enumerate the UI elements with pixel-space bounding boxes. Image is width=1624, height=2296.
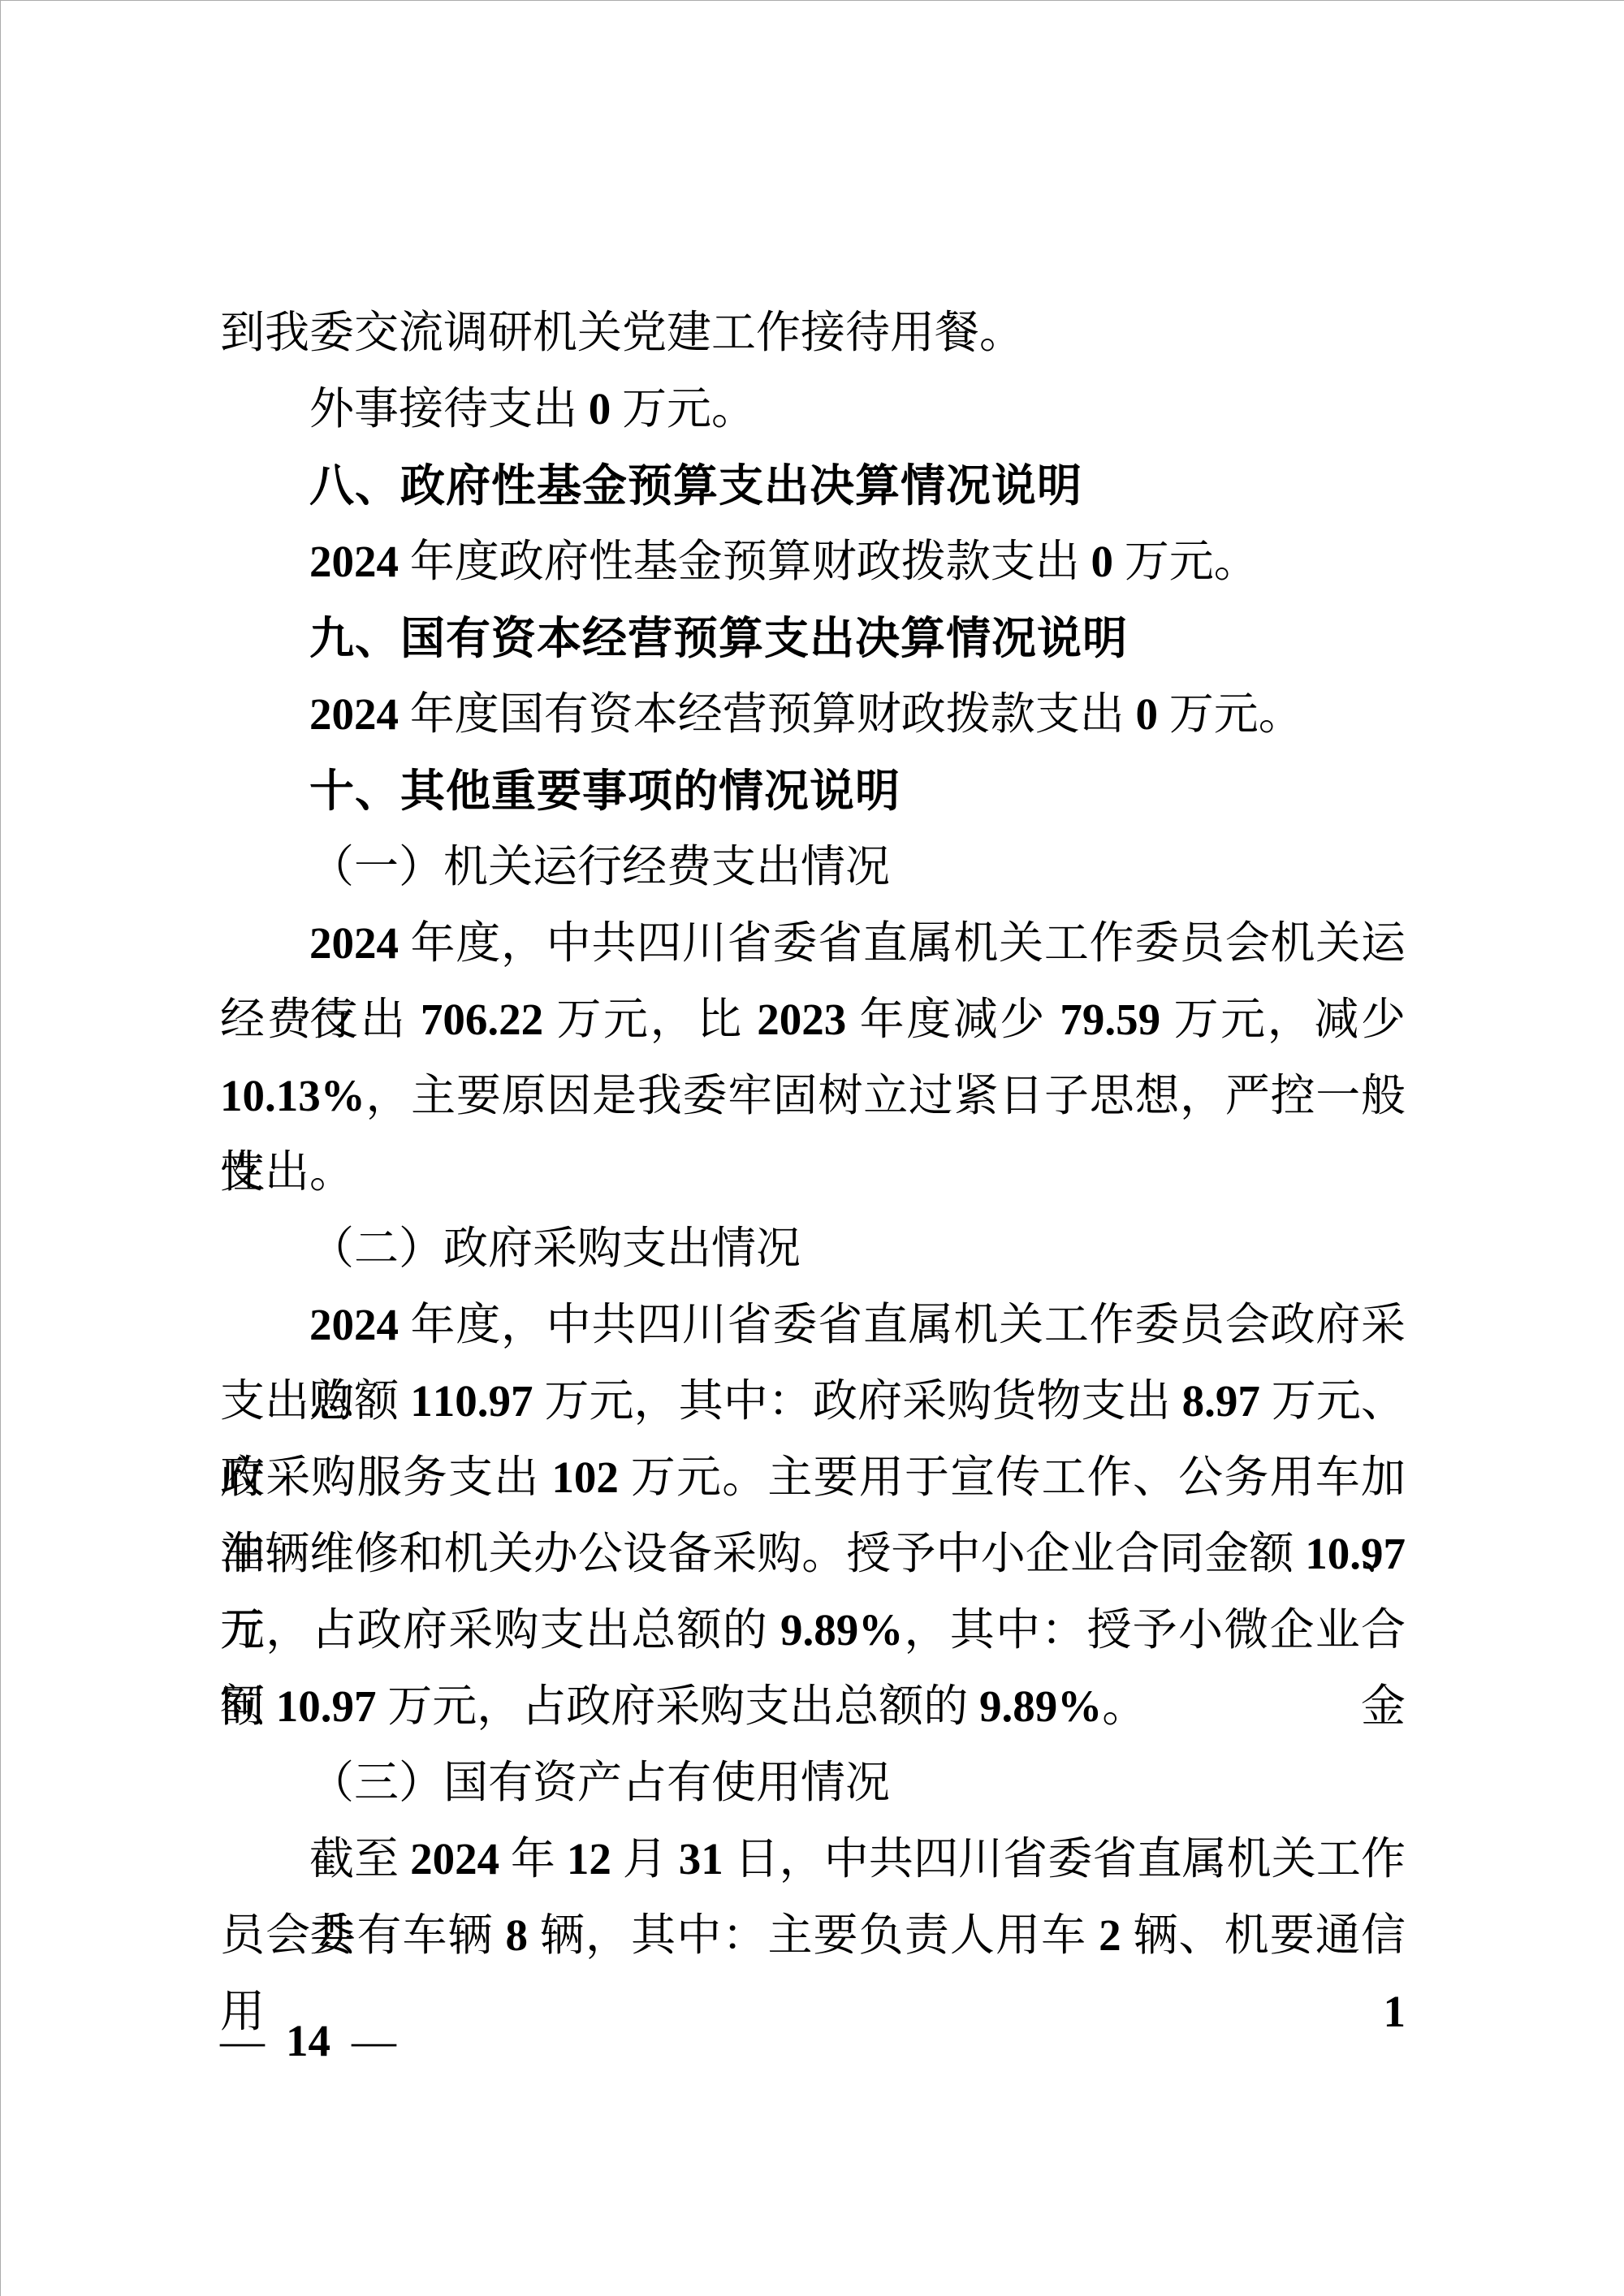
text-run: 月 <box>611 1834 679 1884</box>
line-procurement-2: 支出总额 110.97 万元，其中：政府采购货物支出 8.97 万元、政 <box>220 1363 1406 1439</box>
footer-left-dash: — <box>220 2016 265 2065</box>
line-procurement-5: 元，占政府采购支出总额的 9.89%，其中：授予小微企业合同金 <box>220 1592 1406 1668</box>
number-run: 706.22 <box>421 995 543 1044</box>
number-run: 0 <box>1136 689 1159 739</box>
document-page: 到我委交流调研机关党建工作接待用餐。外事接待支出 0 万元。八、政府性基金预算支… <box>0 0 1624 2296</box>
text-run: 外事接待支出 <box>309 384 589 434</box>
number-run: 2024 <box>309 689 399 739</box>
line-gov-fund: 2024 年度政府性基金预算财政拨款支出 0 万元。 <box>220 524 1406 600</box>
text-run: 额 <box>220 1681 276 1731</box>
number-run: 9.89% <box>979 1681 1102 1731</box>
line-operating-4: 支出。 <box>220 1134 1406 1211</box>
heading-section-9: 九、国有资本经营预算支出决算情况说明 <box>220 600 1406 676</box>
number-run: 8 <box>506 1910 529 1960</box>
number-run: 2024 <box>410 1834 499 1884</box>
line-state-capital: 2024 年度国有资本经营预算财政拨款支出 0 万元。 <box>220 676 1406 753</box>
number-run: 2023 <box>757 995 846 1044</box>
text-run: 万元。 <box>1158 689 1303 739</box>
text-run: 支出总额 <box>220 1376 410 1426</box>
text-run: 辆，其中：主要负责人用车 <box>528 1910 1099 1960</box>
line-assets-1: 截至 2024 年 12 月 31 日，中共四川省委省直属机关工作委 <box>220 1821 1406 1897</box>
text-run: 元，占政府采购支出总额的 <box>220 1605 780 1655</box>
footer-right-dash: — <box>352 2016 396 2065</box>
subheading-10-1: （一）机关运行经费支出情况 <box>220 829 1406 905</box>
number-run: 2024 <box>309 1300 399 1349</box>
subheading-10-2: （二）政府采购支出情况 <box>220 1211 1406 1287</box>
number-run: 2 <box>1099 1910 1121 1960</box>
page-number: 14 <box>286 2016 330 2065</box>
line-operating-1: 2024 年度，中共四川省委省直属机关工作委员会机关运行 <box>220 905 1406 982</box>
number-run: 2024 <box>309 918 399 968</box>
number-run: 12 <box>567 1834 611 1884</box>
text-run: 八、政府性基金预算支出决算情况说明 <box>309 460 1082 511</box>
text-run: 车辆维修和机关办公设备采购。授予中小企业合同金额 <box>220 1529 1305 1578</box>
number-run: 8.97 <box>1182 1376 1260 1426</box>
line-procurement-3: 府采购服务支出 102 万元。主要用于宣传工作、公务用车加油、 <box>220 1439 1406 1516</box>
text-run: 府采购服务支出 <box>220 1452 551 1502</box>
text-run: （三）国有资产占有使用情况 <box>309 1758 890 1807</box>
text-run: 万元，其中：政府采购货物支出 <box>533 1376 1182 1426</box>
text-run: 九、国有资本经营预算支出决算情况说明 <box>309 613 1128 663</box>
number-run: 9.89% <box>780 1605 903 1655</box>
heading-section-8: 八、政府性基金预算支出决算情况说明 <box>220 447 1406 524</box>
line-operating-2: 经费支出 706.22 万元，比 2023 年度减少 79.59 万元，减少 <box>220 982 1406 1058</box>
number-run: 110.97 <box>410 1376 533 1426</box>
text-run: 年 <box>499 1834 567 1884</box>
line-assets-2: 员会共有车辆 8 辆，其中：主要负责人用车 2 辆、机要通信用 1 <box>220 1897 1406 1974</box>
text-run: （二）政府采购支出情况 <box>309 1224 801 1273</box>
number-run: 2024 <box>309 537 399 586</box>
number-run: 102 <box>551 1452 619 1502</box>
line-carryover: 到我委交流调研机关党建工作接待用餐。 <box>220 295 1406 371</box>
line-foreign-reception: 外事接待支出 0 万元。 <box>220 371 1406 447</box>
number-run: 31 <box>679 1834 723 1884</box>
number-run: 0 <box>1091 537 1114 586</box>
text-run: 经费支出 <box>220 995 421 1044</box>
text-run: 截至 <box>309 1834 410 1884</box>
page-content: 到我委交流调研机关党建工作接待用餐。外事接待支出 0 万元。八、政府性基金预算支… <box>220 295 1406 1974</box>
text-run: 万元。 <box>1113 537 1259 586</box>
text-run: 员会共有车辆 <box>220 1910 506 1960</box>
subheading-10-3: （三）国有资产占有使用情况 <box>220 1745 1406 1821</box>
text-run: 年度政府性基金预算财政拨款支出 <box>399 537 1091 586</box>
text-run: 年度减少 <box>846 995 1060 1044</box>
number-run: 79.59 <box>1060 995 1160 1044</box>
text-run: 。 <box>1102 1681 1147 1731</box>
text-run: 万元，比 <box>543 995 757 1044</box>
number-run: 0 <box>589 384 611 434</box>
text-run: 万元，占政府采购支出总额的 <box>377 1681 980 1731</box>
text-run: 万元。 <box>611 384 756 434</box>
line-procurement-4: 车辆维修和机关办公设备采购。授予中小企业合同金额 10.97 万 <box>220 1516 1406 1592</box>
number-run: 10.97 <box>276 1681 377 1731</box>
text-run: 十、其他重要事项的情况说明 <box>309 766 901 816</box>
number-run: 1 <box>1383 1987 1406 2036</box>
page-footer: —14— <box>220 2003 396 2079</box>
text-run: 年度国有资本经营预算财政拨款支出 <box>399 689 1136 739</box>
line-procurement-1: 2024 年度，中共四川省委省直属机关工作委员会政府采购 <box>220 1287 1406 1363</box>
line-operating-3: 10.13%，主要原因是我委牢固树立过紧日子思想，严控一般性 <box>220 1058 1406 1134</box>
text-run: 支出。 <box>220 1147 354 1197</box>
number-run: 10.13% <box>220 1071 365 1120</box>
heading-section-10: 十、其他重要事项的情况说明 <box>220 753 1406 829</box>
text-run: （一）机关运行经费支出情况 <box>309 842 890 891</box>
text-run: 万元，减少 <box>1160 995 1406 1044</box>
text-run: 到我委交流调研机关党建工作接待用餐。 <box>220 308 1024 357</box>
number-run: 10.97 <box>1305 1529 1406 1578</box>
